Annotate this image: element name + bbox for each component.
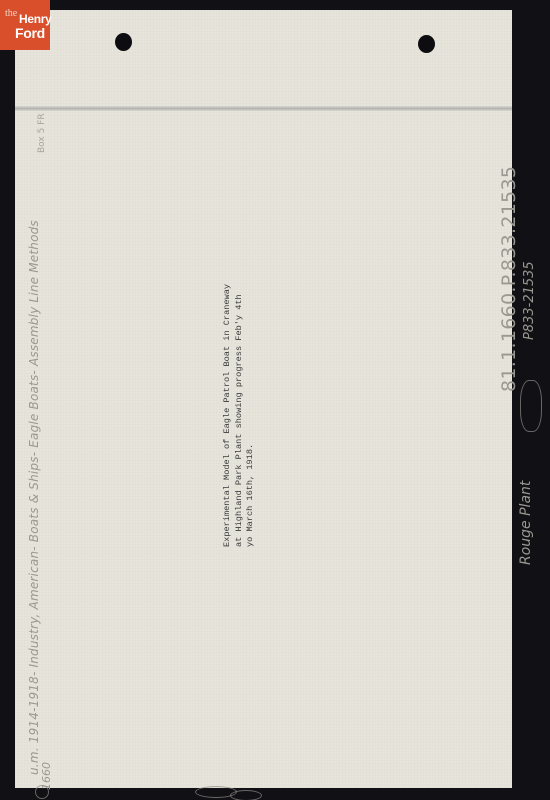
loose-thread bbox=[35, 785, 49, 799]
loose-thread bbox=[520, 380, 542, 432]
punch-hole-right bbox=[418, 35, 435, 53]
archival-card bbox=[15, 10, 512, 788]
logo-henry: Henry bbox=[19, 12, 52, 26]
document-viewer: the Henry Ford Experimental Model of Eag… bbox=[0, 0, 550, 800]
pencil-subject-note: u.m. 1914-1918- Industry, American- Boat… bbox=[27, 220, 41, 775]
logo-the: the bbox=[5, 8, 17, 19]
punch-hole-left bbox=[115, 33, 132, 51]
pencil-accession-number: 81.1.1660.P.833.21535 bbox=[498, 166, 520, 392]
pencil-secondary-number: P833-21535 bbox=[522, 261, 537, 340]
caption-line-1: Experimental Model of Eagle Patrol Boat … bbox=[222, 284, 234, 547]
logo-ford: Ford bbox=[15, 25, 45, 41]
fold-line bbox=[15, 106, 512, 111]
loose-thread bbox=[230, 790, 262, 800]
pencil-small-mark: Box 5 FR bbox=[37, 113, 47, 153]
caption-line-3: yo March 16th, 1918. bbox=[245, 284, 257, 547]
pencil-location-note: Rouge Plant bbox=[518, 481, 534, 565]
caption-line-2: at Highland Park Plant showing progress … bbox=[234, 284, 246, 547]
typed-caption: Experimental Model of Eagle Patrol Boat … bbox=[222, 284, 257, 547]
the-henry-ford-logo: the Henry Ford bbox=[0, 0, 50, 50]
